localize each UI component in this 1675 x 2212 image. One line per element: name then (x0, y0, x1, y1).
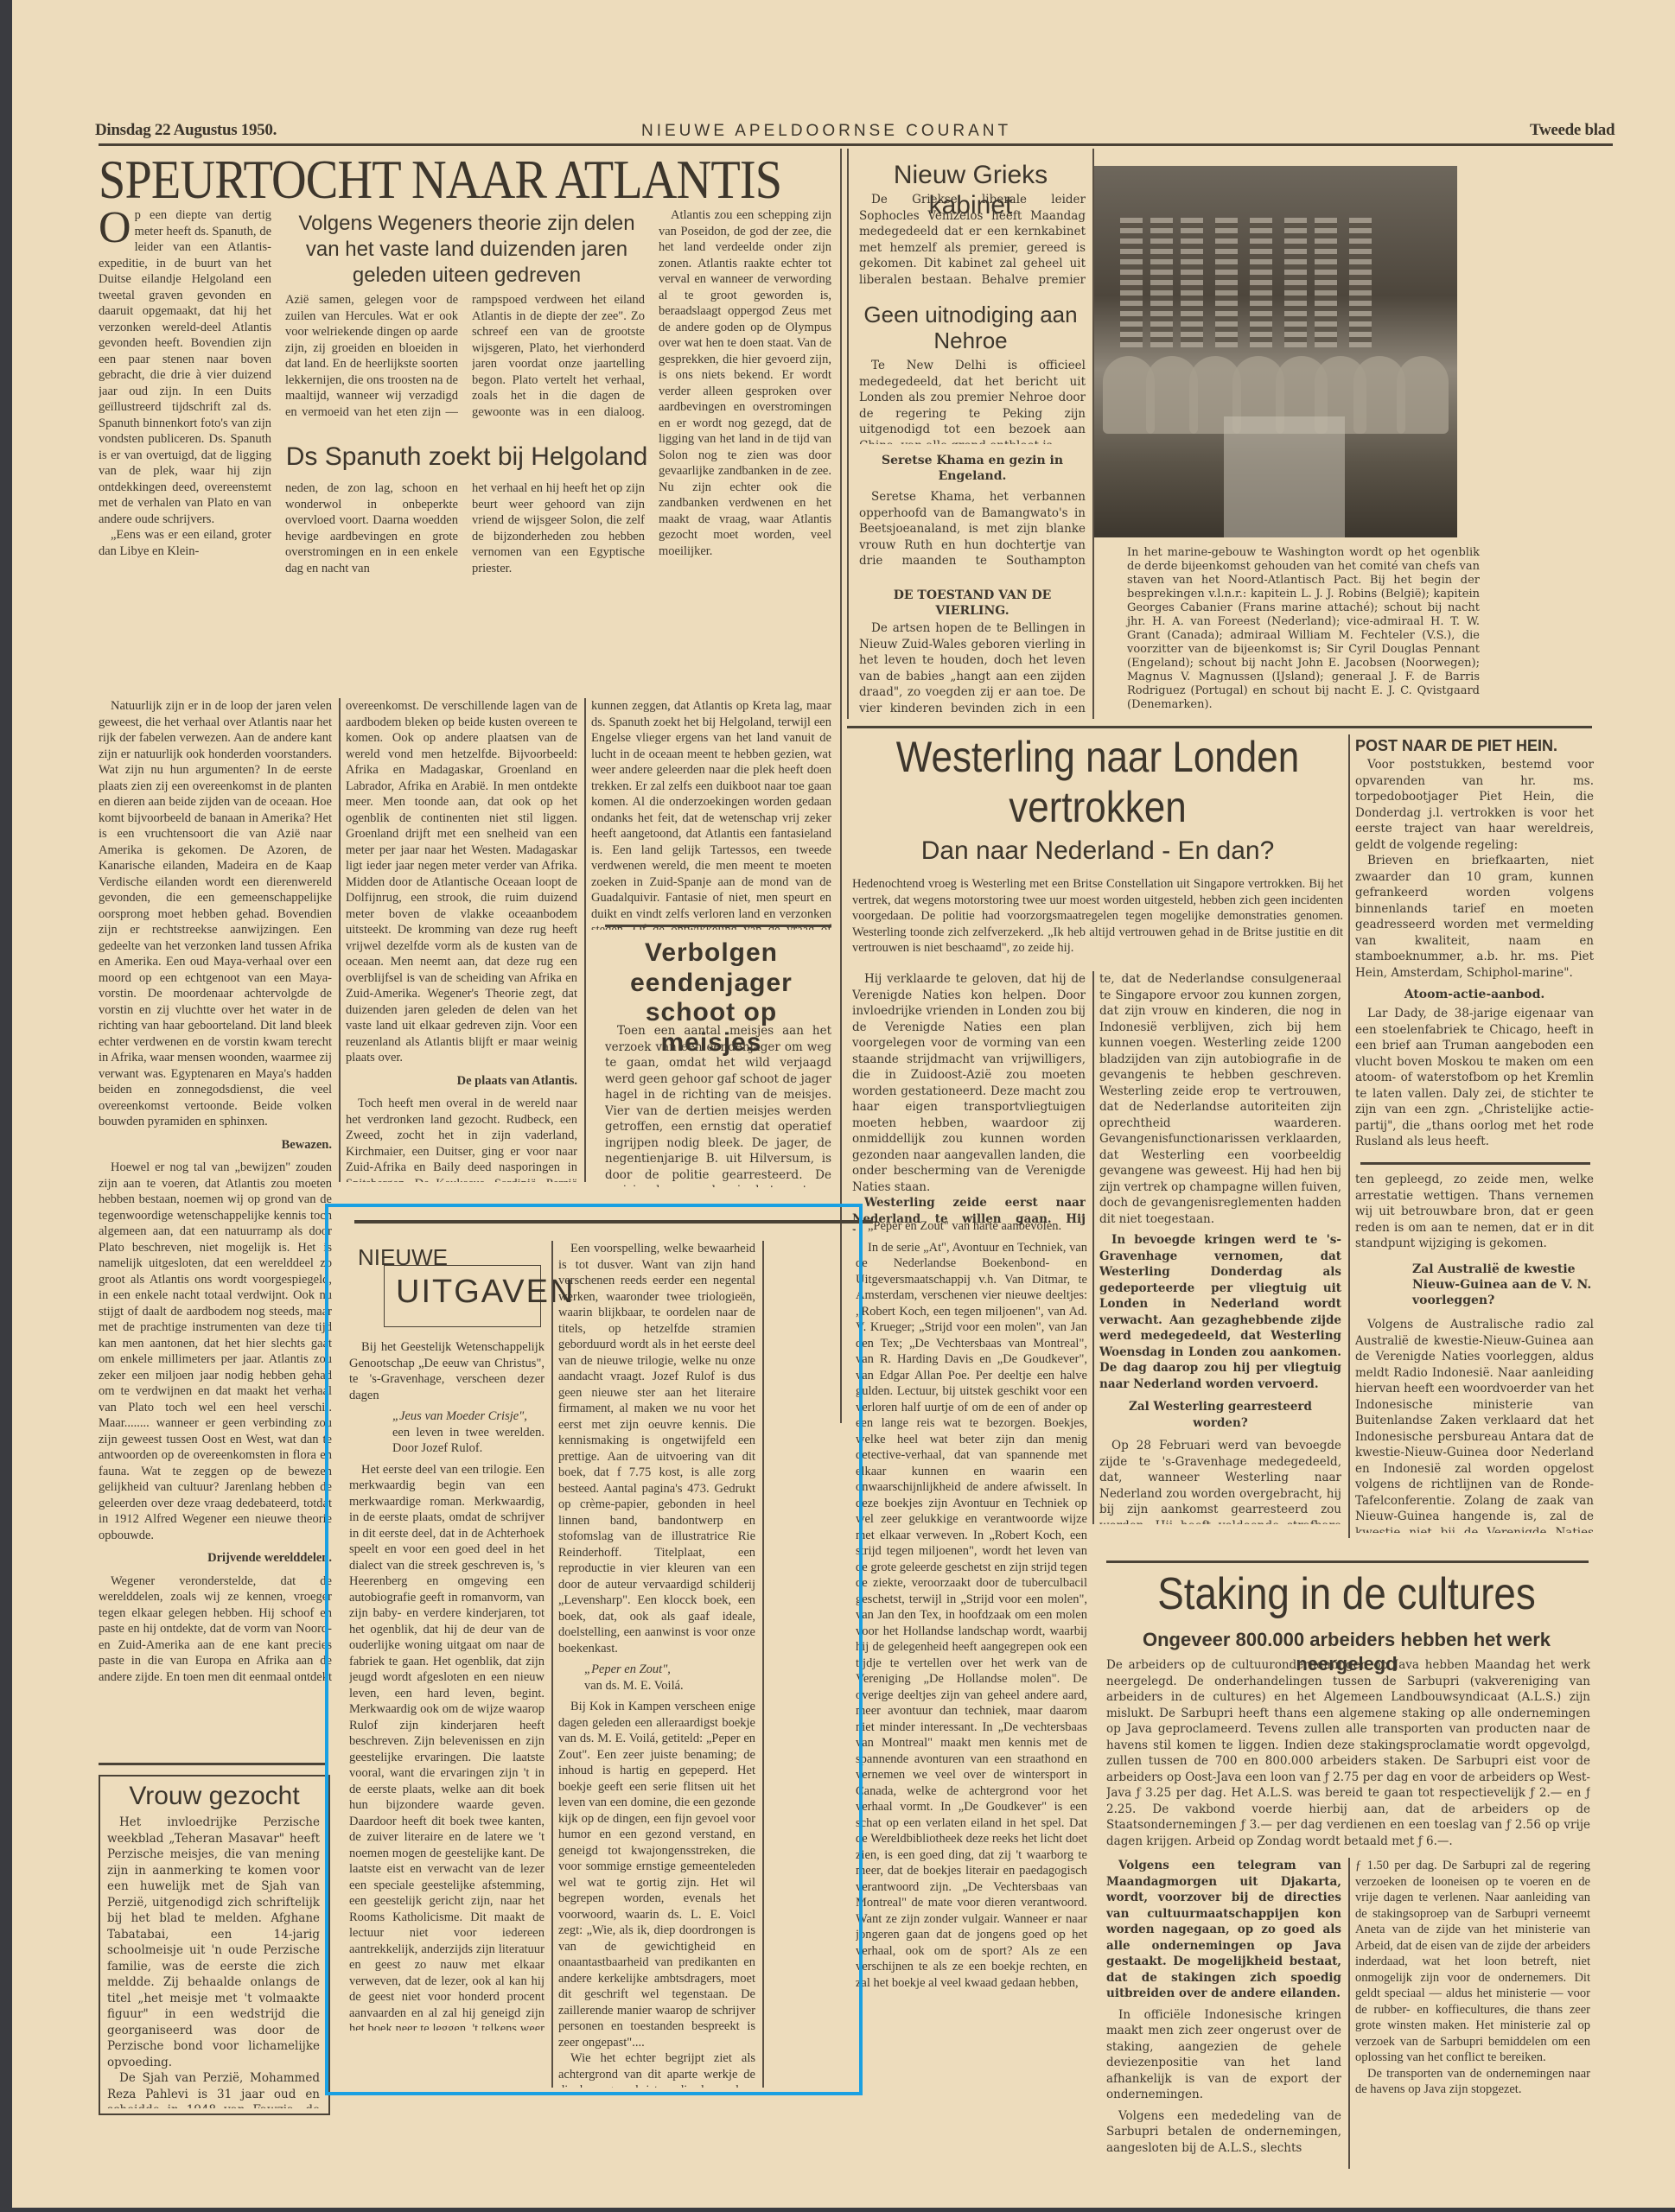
column-divider (339, 698, 341, 1182)
staking-lead: De arbeiders op de cultuurondernemingen … (1106, 1657, 1590, 1847)
westerling-lead: Hedenochtend vroeg is Westerling met een… (852, 876, 1343, 963)
atlantis-lower-col1: Natuurlijk zijn er in de loop der jaren … (99, 698, 332, 1683)
newspaper-page: Dinsdag 22 Augustus 1950. NIEUWE APELDOO… (12, 0, 1675, 2208)
section-rule (354, 1220, 873, 1224)
seretse-body: Seretse Khama, het verbannen opperhoofd … (859, 489, 1086, 570)
section-rule (99, 1763, 328, 1765)
vierling-heading: DE TOESTAND VAN DE VIERLING. (859, 588, 1086, 619)
westerling-col1: Hij verklaarde te geloven, dat hij de Ve… (852, 971, 1086, 1230)
australie-body: Volgens de Australische radio zal Austra… (1355, 1317, 1594, 1533)
atlantis-lower-col3: kunnen zeggen, dat Atlantis op Kreta lag… (591, 698, 831, 930)
nato-meeting-photo (1094, 166, 1457, 537)
verbolgen-body: Toen een aantal meisjes aan het verzoek … (605, 1023, 831, 1187)
westerling-col2: te, dat de Nederlandse consulgeneraal te… (1099, 971, 1341, 1524)
column-divider (1348, 734, 1350, 1538)
masthead-newspaper-name: NIEUWE APELDOORNSE COURANT (641, 122, 1011, 141)
section-rule (847, 726, 1592, 728)
section-rule (1360, 1162, 1590, 1165)
section-rule (1106, 1560, 1589, 1563)
column-divider (1348, 1858, 1350, 2169)
atoom-heading: Atoom-actie-aanbod. (1355, 987, 1594, 1002)
column-divider (551, 1241, 553, 2088)
atlantis-col2: Azië samen, gelegen voor de zuilen van H… (285, 292, 458, 422)
masthead-rule (99, 143, 1613, 146)
staking-col1: Volgens een telegram van Maandagmorgen u… (1106, 1858, 1341, 2169)
masthead-section: Tweede blad (1530, 121, 1614, 140)
atlantis-headline: SPEURTOCHT NAAR ATLANTIS (99, 152, 781, 207)
column-divider (847, 149, 849, 719)
boeken-column: „Peper en Zout" van harte aanbevolen. In… (856, 1218, 1087, 2169)
masthead-date: Dinsdag 22 Augustus 1950. (95, 121, 277, 140)
seretse-heading: Seretse Khama en gezin in Engeland. (859, 453, 1086, 484)
atlantis-subheadline: Volgens Wegeners theorie zijn delen van … (285, 211, 648, 289)
atlantis-intro: Op een diepte van dertig meter heeft ds.… (99, 207, 271, 691)
spanuth-heading: Ds Spanuth zoekt bij Helgoland (285, 442, 648, 473)
uitgaven-label-main: UITGAVEN (396, 1274, 575, 1311)
staking-heading: Staking in de cultures (1126, 1569, 1567, 1621)
atlantis-dropcap: O (99, 209, 131, 247)
nehroe-heading: Geen uitnodiging aan Nehroe (854, 302, 1087, 354)
vierling-body: De artsen hopen de te Bellingen in Nieuw… (859, 620, 1086, 715)
piethein-body: Voor poststukken, bestemd voor opvarende… (1355, 757, 1594, 982)
atlantis-col2b: neden, de zon lag, schoon en wonderwol i… (285, 480, 458, 627)
westerling-continued: ten gepleegd, zo zeide men, welke arrest… (1355, 1172, 1594, 1249)
vrouw-body: Het invloedrijke Perzische weekblad „Teh… (107, 1815, 320, 2108)
piethein-heading: POST NAAR DE PIET HEIN. (1355, 736, 1594, 756)
atlantis-col4: Atlantis zou een schepping zijn van Pose… (659, 207, 831, 622)
atoom-body: Lar Dady, de 38-jarige eigenaar van een … (1355, 1006, 1594, 1161)
australie-heading: Zal Australië de kwestie Nieuw-Guinea aa… (1412, 1262, 1594, 1309)
photo-caption: In het marine-gebouw te Washington wordt… (1127, 546, 1480, 712)
vrouw-heading: Vrouw gezocht (102, 1782, 327, 1812)
section-rule (605, 925, 831, 927)
atlantis-col3b: het verhaal en hij heeft het op zijn beu… (472, 480, 645, 627)
column-divider (584, 698, 586, 1182)
atlantis-lower-col2: overeenkomst. De verschillende lagen van… (346, 698, 577, 1182)
staking-col2: ƒ 1.50 per dag. De Sarbupri zal de reger… (1355, 1858, 1590, 2169)
column-divider (762, 1241, 764, 2088)
nehroe-body: Te New Delhi is officieel medegedeeld, d… (859, 358, 1086, 444)
uitgaven-col2: Een voorspelling, welke bewaarheid is to… (558, 1241, 755, 2088)
column-divider (840, 149, 842, 1423)
griek-body: De Griekse liberale leider Sophocles Ven… (859, 192, 1086, 287)
column-divider (1092, 971, 1094, 1524)
atlantis-col3: rampspoed verdween het eiland Atlantis i… (472, 292, 645, 422)
westerling-heading: Westerling naar Londen vertrokken (877, 733, 1318, 832)
uitgaven-col1: Bij het Geestelijk Wetenschappelijk Geno… (349, 1339, 545, 2031)
westerling-subheading: Dan naar Nederland - En dan? (847, 835, 1348, 868)
